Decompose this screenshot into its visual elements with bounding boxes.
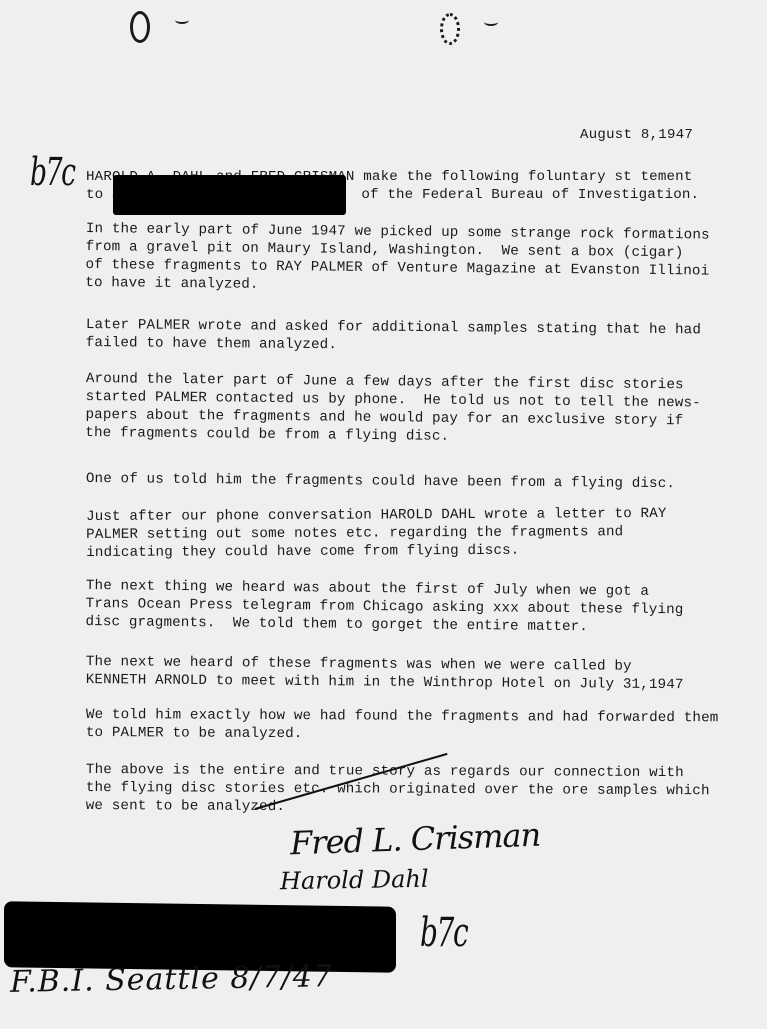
paragraph: The next we heard of these fragments was… xyxy=(86,653,756,695)
paragraph: Later PALMER wrote and asked for additio… xyxy=(86,316,756,358)
paragraph: One of us told him the fragments could h… xyxy=(86,470,756,494)
document-date: August 8,1947 xyxy=(580,127,693,143)
punch-hole-tick xyxy=(484,18,498,26)
intro-line-2-end: of the Federal Bureau of Investigation. xyxy=(361,187,699,203)
signature-dahl: Harold Dahl xyxy=(280,865,429,896)
paragraph-line: indicating they could have come from fly… xyxy=(86,543,519,561)
paragraph: We told him exactly how we had found the… xyxy=(86,706,756,746)
punch-hole-mark xyxy=(130,11,150,43)
redaction-block xyxy=(113,175,346,215)
paragraph-line: the fragments could be from a flying dis… xyxy=(85,425,449,445)
paragraph-line: failed to have them analyzed. xyxy=(86,335,337,353)
paragraph-line: to PALMER to be analyzed. xyxy=(86,725,303,742)
paragraph: In the early part of June 1947 we picked… xyxy=(85,220,756,299)
paragraph-line: The next we heard of these fragments was… xyxy=(86,654,632,675)
paragraph: Around the later part of June a few days… xyxy=(85,370,756,449)
paragraph-line: KENNETH ARNOLD to meet with him in the W… xyxy=(86,672,684,693)
handwritten-fbi-note: F.B.I. Seattle 8/7/47 xyxy=(10,959,333,1000)
paragraph-line: disc gragments. We told them to gorget t… xyxy=(85,614,588,635)
paragraph: The next thing we heard was about the fi… xyxy=(85,577,756,638)
signature-crisman: Fred L. Crisman xyxy=(289,816,540,863)
exemption-note-top: b7c xyxy=(30,150,75,194)
paragraph-line: the flying disc stories etc. which origi… xyxy=(86,780,710,799)
document-page: August 8,1947 b7c HAROLD A. DAHL and FRE… xyxy=(0,0,767,1029)
paragraph: The above is the entire and true story a… xyxy=(86,761,756,819)
paragraph-line: we sent to be analyzed. xyxy=(86,798,285,815)
paragraph-line: to have it analyzed. xyxy=(85,275,258,293)
punch-hole-tick xyxy=(175,16,189,24)
paragraph-line: Just after our phone conversation HAROLD… xyxy=(86,506,667,525)
exemption-note-bottom: b7c xyxy=(420,910,467,956)
paragraph-line: One of us told him the fragments could h… xyxy=(86,471,675,492)
punch-hole-mark xyxy=(440,13,460,45)
paragraph: Just after our phone conversation HAROLD… xyxy=(86,504,756,562)
paragraph-line: PALMER setting out some notes etc. regar… xyxy=(86,524,623,543)
paragraph-line: We told him exactly how we had found the… xyxy=(86,707,719,726)
